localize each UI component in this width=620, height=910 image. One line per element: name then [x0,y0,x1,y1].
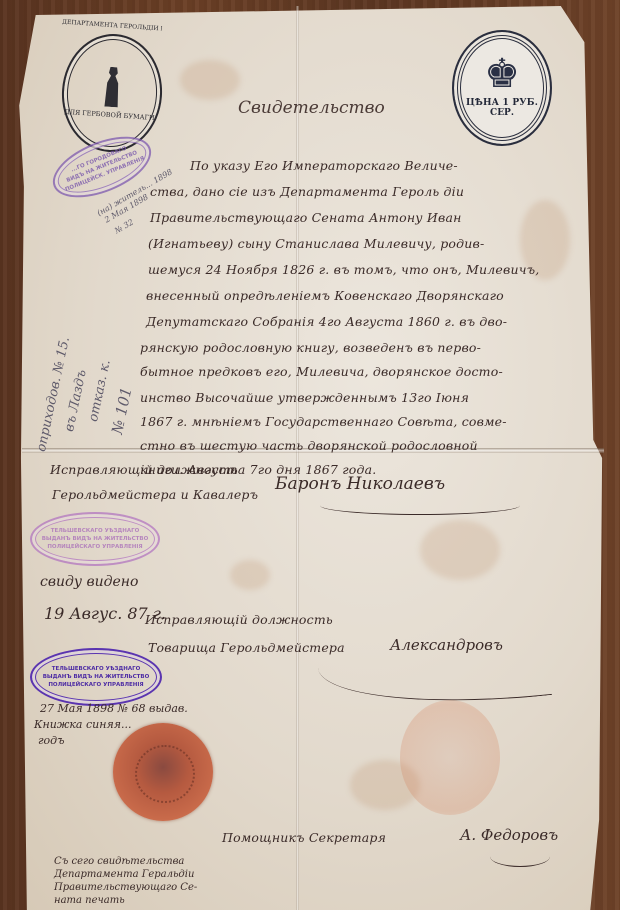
footer-note: Правительствующаго Се- [54,882,197,893]
footer-note: Департамента Геральдіи [54,869,194,880]
stamp-price: ЦѢНА 1 РУБ. [466,98,538,108]
body-line: По указу Его Императорскаго Величе- [190,158,458,173]
signature-flourish [490,846,550,867]
secretary-signature: А. Федоровъ [460,826,558,844]
register-note: Книжка синяя... [34,718,132,731]
body-line: рянскую родословную книгу, возведенъ въ … [140,340,481,355]
body-line: стно въ шестую часть дворянской родослов… [140,438,478,453]
register-note: годъ [38,734,65,747]
footer-note: Съ сего свидѣтельства [54,856,184,867]
stamp-currency: СЕР. [490,108,514,118]
paper-stain [230,560,270,590]
red-wax-seal [113,723,213,821]
crown-icon [100,66,125,107]
signature-flourish [320,496,520,515]
body-line: ства, дано сіе изъ Департамента Героль д… [150,184,464,199]
tax-stamp: ♚ ЦѢНА 1 РУБ. СЕР. [452,30,552,146]
police-stamp-bottom: ТЕЛЬШЕВСКАГО УѢЗДНАГО ВЫДАНЪ ВИДЪ НА ЖИТ… [30,648,162,706]
body-line: Правительствующаго Сената Антону Иван [150,210,462,225]
body-line: внесенный опредѣленіемъ Ковенскаго Дворя… [146,288,504,303]
herald-signature: Баронъ Николаевъ [275,474,445,494]
herald-title-line1: Исправляющій должность [50,462,238,477]
double-headed-eagle-icon: ♚ [484,54,520,94]
paper-stain [420,520,500,580]
police-stamp-middle: ТЕЛЬШЕВСКАГО УѢЗДНАГО ВЫДАНЪ ВИДЪ НА ЖИТ… [30,512,160,566]
seal-imprint-stain [400,700,500,815]
secretary-title: Помощникъ Секретаря [222,830,386,845]
body-line: 1867 г. мнѣніемъ Государственнаго Совѣта… [140,414,507,429]
stamp-label: ДЛЯ ГЕРБОВОЙ БУМАГИ. [64,108,157,122]
register-note: 27 Мая 1898 № 68 выдав. [40,702,188,715]
body-line: шемуся 24 Ноября 1826 г. въ томъ, что он… [148,262,539,277]
document-title: Свидетельство [238,98,385,118]
deputy-title-line2: Товарища Герольдмейстера [148,640,345,655]
body-line: инство Высочайше утвержденнымъ 13го Іюня [140,390,469,405]
body-line: Депутатскаго Собранія 4го Августа 1860 г… [146,314,507,329]
herald-title-line2: Герольдмейстера и Кавалеръ [52,487,258,502]
body-line: бытное предковъ его, Милевича, дворянско… [140,364,503,379]
paper-stain [180,60,240,100]
body-line: (Игнатьеву) сыну Станислава Милевичу, ро… [148,236,484,251]
vertical-fold-line [296,6,299,910]
deputy-title-line1: Исправляющій должность [145,612,333,627]
viewed-note: свиду видено [40,574,138,590]
footer-note: ната печать [54,895,125,906]
